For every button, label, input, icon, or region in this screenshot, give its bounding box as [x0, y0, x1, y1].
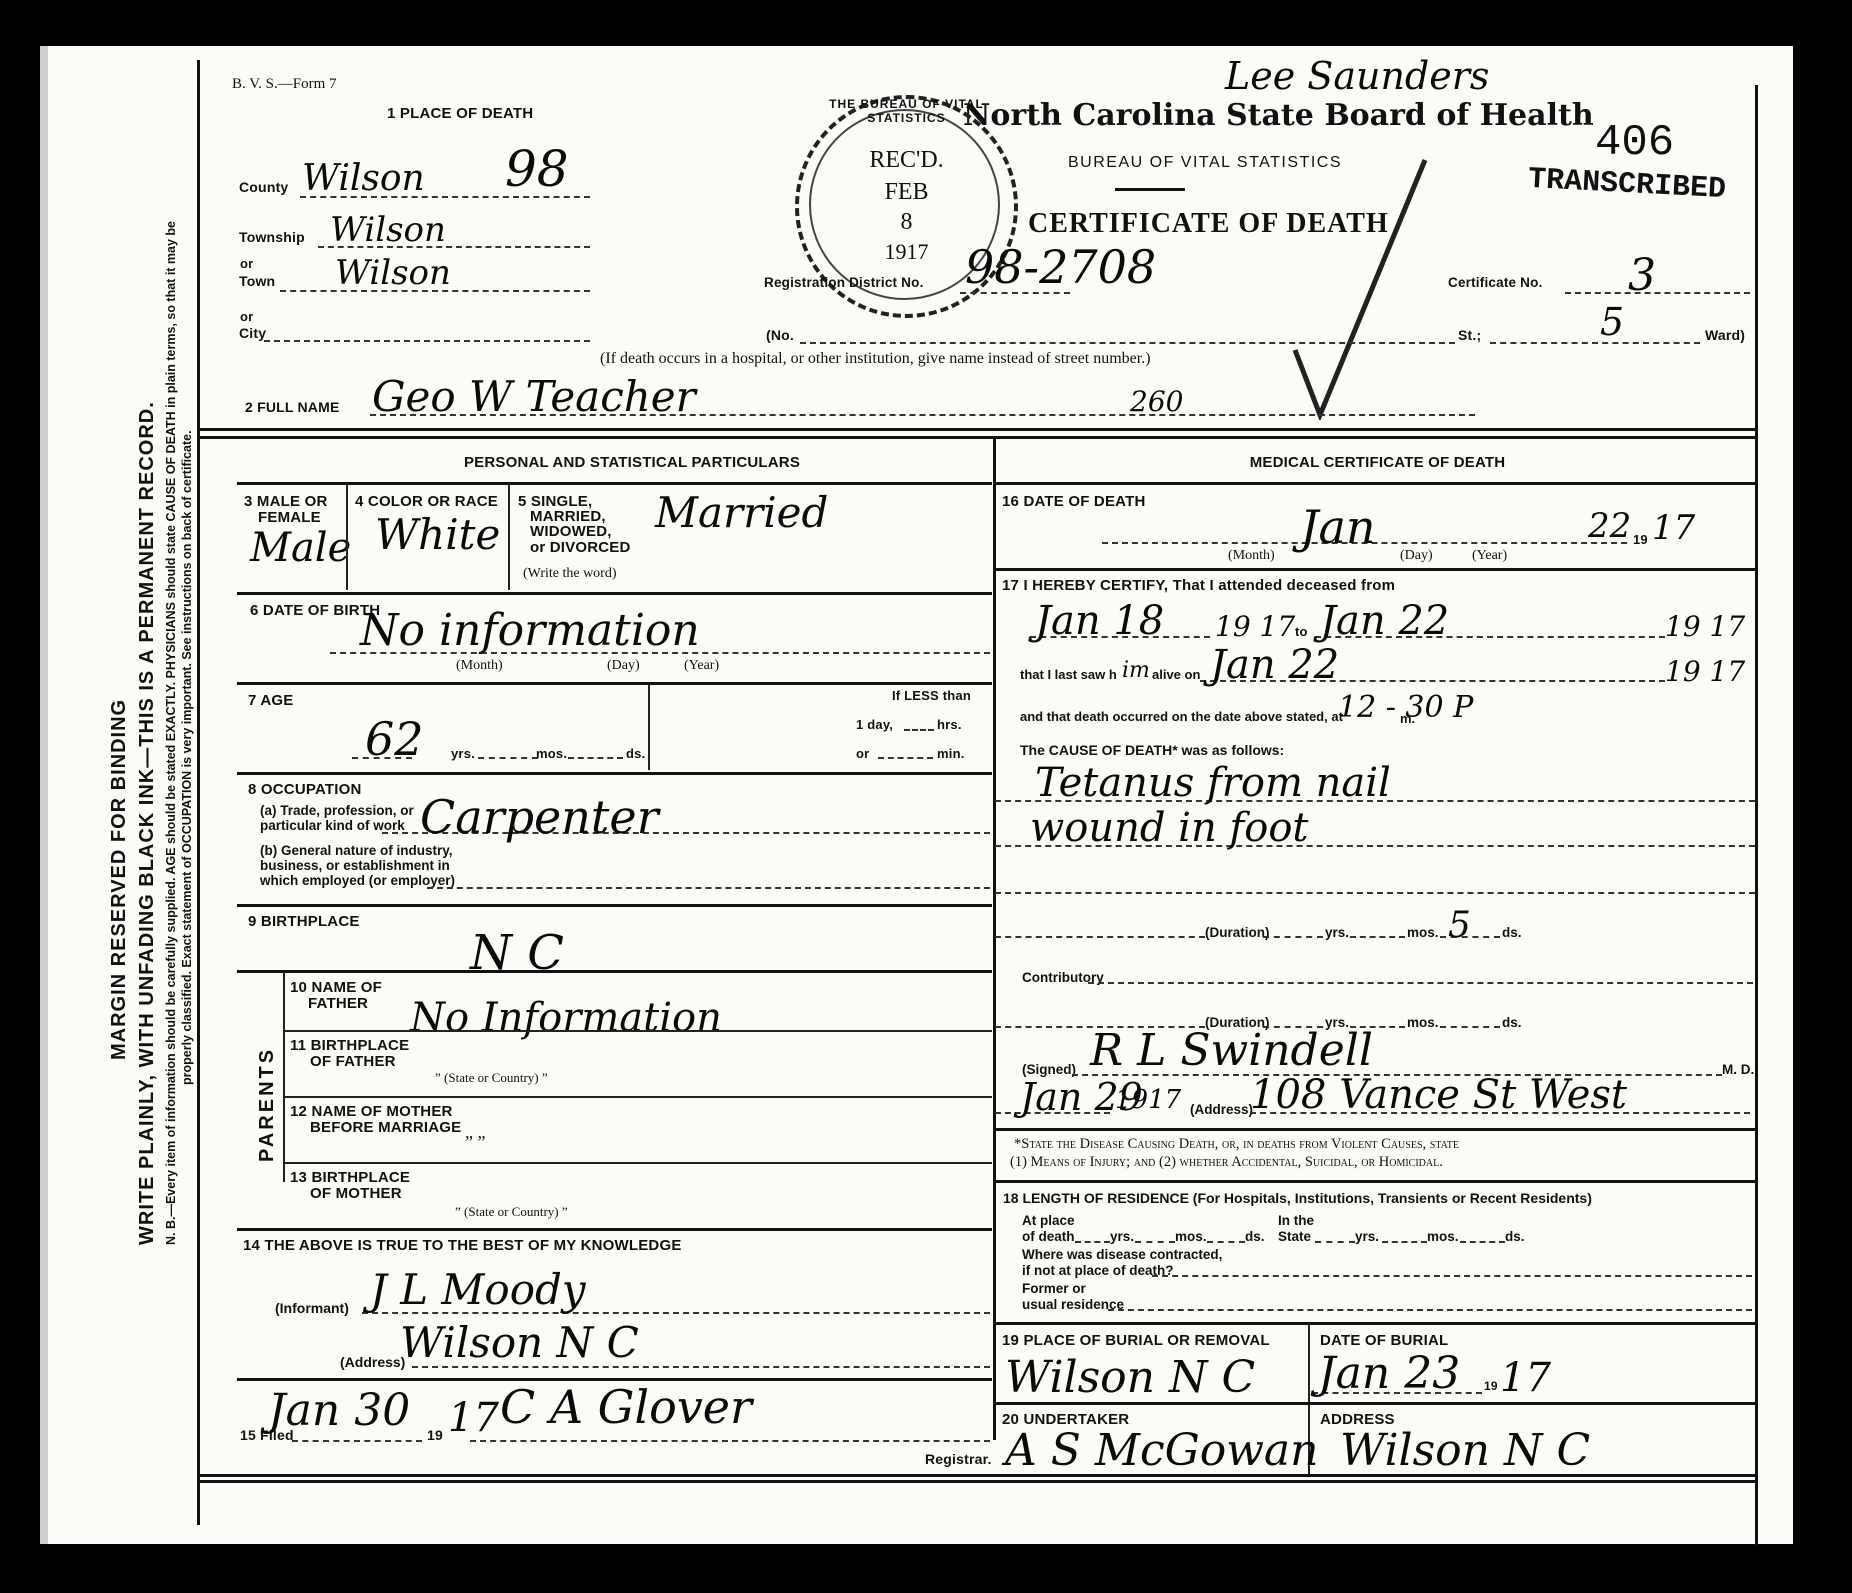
contributory-field[interactable] — [1088, 982, 1753, 984]
age-months-field[interactable] — [478, 757, 538, 759]
rule — [995, 568, 1755, 571]
birthplace-label: 9 BIRTHPLACE — [248, 914, 360, 931]
marital-label-4: or DIVORCED — [530, 540, 631, 557]
rule — [995, 1322, 1755, 1325]
rule — [995, 1402, 1755, 1405]
former-residence-label-1: Former or — [1022, 1281, 1086, 1297]
attended-from-field[interactable]: Jan 18 — [1035, 598, 1164, 644]
check-mark-icon — [1290, 150, 1430, 420]
duration-mos-label: mos. — [1407, 925, 1439, 941]
parents-label: PARENTS — [256, 1047, 278, 1162]
number-stamp: 406 — [1595, 118, 1674, 168]
personal-heading: PERSONAL AND STATISTICAL PARTICULARS — [352, 455, 912, 472]
death-time-suffix: m. — [1400, 712, 1415, 727]
rule — [285, 1096, 992, 1098]
death-year-prefix: 19 — [1633, 533, 1648, 547]
md-label: M. D. — [1722, 1062, 1754, 1078]
residence-place-ds-field[interactable] — [1207, 1241, 1245, 1243]
age-mos-label: mos. — [536, 747, 567, 761]
rule — [508, 484, 510, 590]
contracted-label-2: if not at place of death? — [1022, 1263, 1174, 1279]
cause-of-death-line1[interactable]: Tetanus from nail — [1035, 760, 1391, 806]
duration-months-field[interactable] — [1350, 936, 1405, 938]
father-name-label-2: FATHER — [308, 996, 368, 1013]
form-id: B. V. S.—Form 7 — [232, 76, 336, 93]
father-name-field[interactable]: No Information — [410, 995, 722, 1041]
cause-of-death-label: The CAUSE OF DEATH* was as follows: — [1020, 742, 1284, 758]
death-day-field[interactable]: 22 — [1588, 506, 1631, 546]
last-saw-year[interactable]: 19 17 — [1665, 655, 1745, 688]
last-saw-label: that I last saw h — [1020, 668, 1117, 683]
residence-place-yrs-field[interactable] — [1075, 1241, 1110, 1243]
burial-year-prefix: 19 — [1484, 1380, 1498, 1393]
death-year-caption: (Year) — [1472, 548, 1507, 564]
board-title: North Carolina State Board of Health — [963, 98, 1594, 133]
res-place-mos-label: mos. — [1175, 1229, 1207, 1245]
rule — [995, 1480, 1755, 1483]
street-no-field[interactable] — [800, 342, 1455, 344]
burial-date-field[interactable]: Jan 23 — [1318, 1348, 1460, 1399]
full-name-label: 2 FULL NAME — [245, 400, 340, 415]
registration-district-field[interactable]: 98-2708 — [965, 240, 1156, 294]
margin-nb-line1: N. B.—Every item of information should b… — [164, 221, 178, 1245]
full-name-annotation: 260 — [1130, 385, 1183, 418]
duration-label: (Duration) — [1205, 925, 1270, 941]
death-day-caption: (Day) — [1400, 548, 1433, 564]
attended-from-year[interactable]: 19 17 — [1215, 610, 1295, 643]
duration-ds-label: ds. — [1502, 925, 1522, 941]
burial-year-field[interactable]: 17 — [1500, 1355, 1551, 1401]
undertaker-address-field[interactable]: Wilson N C — [1340, 1425, 1590, 1476]
rule — [648, 684, 650, 770]
registrar-line — [470, 1440, 990, 1442]
rule — [346, 484, 348, 590]
form-right-border — [1755, 85, 1758, 1545]
age-ds-label: ds. — [626, 747, 645, 761]
stamp-ring-text: THE BUREAU OF VITAL STATISTICS — [799, 97, 1014, 125]
filed-year-field[interactable]: 17 — [448, 1395, 499, 1441]
rule — [237, 482, 992, 485]
full-name-field[interactable]: Geo W Teacher — [372, 372, 696, 421]
cause-of-death-line2[interactable]: wound in foot — [1030, 805, 1308, 851]
alive-on-label: alive on — [1152, 668, 1200, 683]
occupation-a-label-1: (a) Trade, profession, or — [260, 803, 414, 819]
duration-days-field[interactable]: 5 — [1448, 905, 1471, 946]
occupation-field[interactable]: Carpenter — [420, 790, 659, 844]
certificate-no-field[interactable]: 3 — [1628, 250, 1656, 301]
in-state-label-1: In the — [1278, 1213, 1314, 1229]
res-place-yrs-label: yrs. — [1110, 1229, 1134, 1245]
rule — [237, 682, 992, 685]
hours-field[interactable] — [904, 729, 934, 731]
one-day-label: 1 day, — [856, 718, 893, 732]
death-month-caption: (Month) — [1228, 548, 1275, 564]
or-label: or — [856, 747, 869, 761]
registration-district-label: Registration District No. — [764, 276, 924, 291]
duration-years-field[interactable] — [1263, 936, 1323, 938]
rule — [995, 1474, 1755, 1477]
physician-address-field[interactable]: 108 Vance St West — [1250, 1072, 1627, 1118]
rule — [283, 972, 285, 1182]
margin-binding-note: MARGIN RESERVED FOR BINDING — [108, 699, 130, 1060]
informant-field[interactable]: J L Moody — [370, 1265, 586, 1314]
minutes-field[interactable] — [878, 757, 933, 759]
hrs-label: hrs. — [937, 718, 962, 732]
attended-to-year[interactable]: 19 17 — [1665, 610, 1745, 643]
former-residence-field[interactable] — [1108, 1309, 1752, 1311]
town-field[interactable]: Wilson — [335, 253, 451, 293]
dob-year-caption: (Year) — [684, 658, 719, 674]
burial-place-label: 19 PLACE OF BURIAL OR REMOVAL — [1002, 1333, 1270, 1350]
contributory-mos-label: mos. — [1407, 1015, 1439, 1031]
death-month-field[interactable]: Jan — [1300, 500, 1376, 554]
certify-label: 17 I HEREBY CERTIFY, That I attended dec… — [1002, 578, 1395, 595]
rule — [995, 1180, 1755, 1183]
physician-signature[interactable]: R L Swindell — [1090, 1025, 1373, 1076]
residence-state-ds-field[interactable] — [1460, 1241, 1505, 1243]
mother-name-label-2: BEFORE MARRIAGE — [310, 1120, 461, 1137]
race-field[interactable]: White — [375, 510, 500, 559]
occupation-b-label-2: business, or establishment in — [260, 858, 450, 874]
rule — [200, 436, 1755, 439]
township-field[interactable]: Wilson — [330, 210, 446, 250]
attended-to-field[interactable]: Jan 22 — [1320, 598, 1449, 644]
city-label: City — [239, 326, 266, 341]
ward-label: Ward) — [1705, 328, 1745, 343]
to-label: to — [1295, 625, 1308, 639]
at-place-label-2: of death — [1022, 1229, 1075, 1245]
footnote-line-1: *State the Disease Causing Death, or, in… — [1014, 1136, 1459, 1153]
hospital-note: (If death occurs in a hospital, or other… — [600, 350, 1151, 368]
race-label: 4 COLOR OR RACE — [355, 494, 498, 511]
title-rule — [1115, 188, 1185, 191]
certificate-no-label: Certificate No. — [1448, 276, 1543, 291]
filed-year-prefix: 19 — [427, 1428, 443, 1443]
ward-line — [1490, 342, 1700, 344]
dob-day-caption: (Day) — [607, 658, 640, 674]
rule — [995, 1128, 1755, 1131]
contributory-days-field[interactable] — [1440, 1026, 1500, 1028]
rule — [237, 1228, 992, 1231]
town-or-label: or — [240, 257, 253, 271]
less-than-label: If LESS than — [892, 689, 971, 703]
informant-address-field[interactable]: Wilson N C — [400, 1318, 639, 1367]
township-label: Township — [239, 230, 305, 245]
death-time-label: and that death occurred on the date abov… — [1020, 710, 1343, 725]
street-no-label: (No. — [766, 328, 794, 343]
min-label: min. — [937, 747, 965, 761]
death-year-field[interactable]: 17 — [1652, 508, 1695, 548]
rule — [200, 1480, 995, 1483]
res-state-mos-label: mos. — [1427, 1229, 1459, 1245]
date-of-death-label: 16 DATE OF DEATH — [1002, 494, 1146, 511]
marital-status-field[interactable]: Married — [655, 488, 828, 537]
certificate-no-line — [1565, 292, 1750, 294]
residence-place-mos-field[interactable] — [1135, 1241, 1175, 1243]
filed-line — [292, 1440, 422, 1442]
street-label: St.; — [1458, 328, 1481, 343]
occupation-label: 8 OCCUPATION — [248, 782, 362, 799]
last-saw-date-field[interactable]: Jan 22 — [1210, 642, 1339, 688]
duration-yrs-label: yrs. — [1325, 925, 1349, 941]
at-place-label-1: At place — [1022, 1213, 1075, 1229]
stamp-line-2: FEB — [799, 179, 1014, 206]
marital-hint: (Write the word) — [523, 566, 617, 582]
sex-field[interactable]: Male — [250, 525, 351, 571]
margin-nb-line2: properly classified. Exact statement of … — [180, 430, 194, 1085]
rule — [237, 772, 992, 775]
mother-birthplace-label-2: OF MOTHER — [310, 1186, 402, 1203]
dob-month-caption: (Month) — [456, 658, 503, 674]
city-or-label: or — [240, 310, 253, 324]
rule — [237, 970, 992, 973]
cause-line-3 — [995, 892, 1755, 894]
margin-ink-note: WRITE PLAINLY, WITH UNFADING BLACK INK—T… — [136, 401, 158, 1245]
dob-field[interactable]: No information — [360, 605, 700, 656]
column-divider — [993, 438, 996, 1440]
father-birthplace-label-2: OF FATHER — [310, 1054, 396, 1071]
registrar-signature[interactable]: C A Glover — [500, 1380, 752, 1434]
age-years-field[interactable]: 62 — [365, 712, 424, 766]
town-label: Town — [239, 274, 275, 289]
registrar-label: Registrar. — [925, 1452, 992, 1467]
footnote-line-2: (1) Means of Injury; and (2) whether Acc… — [1010, 1154, 1443, 1171]
undertaker-field[interactable]: A S McGowan — [1005, 1425, 1318, 1476]
res-place-ds-label: ds. — [1245, 1229, 1265, 1245]
industry-field[interactable] — [427, 887, 990, 889]
rule — [200, 1474, 995, 1477]
rule — [285, 1030, 992, 1032]
stamp-line-3: 8 — [799, 209, 1014, 236]
residence-state-mos-field[interactable] — [1382, 1241, 1427, 1243]
age-days-field[interactable] — [568, 757, 623, 759]
county-field[interactable]: Wilson — [302, 158, 425, 199]
res-state-yrs-label: yrs. — [1355, 1229, 1379, 1245]
rule — [237, 904, 992, 907]
signed-date-year[interactable]: 1917 — [1115, 1085, 1181, 1115]
top-annotation: Lee Saunders — [1225, 54, 1489, 98]
rule — [285, 1162, 992, 1164]
residence-label: 18 LENGTH OF RESIDENCE (For Hospitals, I… — [1003, 1190, 1592, 1206]
residence-state-yrs-field[interactable] — [1315, 1241, 1355, 1243]
res-state-ds-label: ds. — [1505, 1229, 1525, 1245]
age-label: 7 AGE — [248, 693, 293, 710]
contracted-label-1: Where was disease contracted, — [1022, 1247, 1222, 1263]
city-field[interactable] — [264, 340, 590, 342]
place-of-death-heading: 1 PLACE OF DEATH — [387, 106, 533, 123]
in-state-label-2: State — [1278, 1229, 1311, 1245]
informant-address-label: (Address) — [340, 1354, 405, 1370]
duration-line — [995, 936, 1205, 938]
medical-heading: MEDICAL CERTIFICATE OF DEATH — [1000, 455, 1755, 472]
county-label: County — [239, 180, 288, 195]
rule — [200, 428, 1755, 431]
rule — [237, 592, 992, 595]
burial-place-field[interactable]: Wilson N C — [1005, 1352, 1255, 1403]
informant-label: (Informant) — [275, 1300, 349, 1316]
mother-birthplace-field[interactable]: ” (State or Country) ” — [455, 1204, 568, 1220]
form-left-border — [197, 60, 200, 1525]
contributory-ds-label: ds. — [1502, 1015, 1522, 1031]
occupation-b-label-3: which employed (or employer) — [260, 873, 455, 889]
age-yrs-label: yrs. — [451, 747, 475, 761]
filed-date-field[interactable]: Jan 30 — [268, 1385, 410, 1436]
stamp-line-1: REC'D. — [799, 147, 1014, 174]
last-saw-pronoun[interactable]: im — [1122, 658, 1150, 683]
rule — [995, 482, 1755, 485]
father-birthplace-field[interactable]: ” (State or Country) ” — [435, 1070, 548, 1086]
occupation-b-label-1: (b) General nature of industry, — [260, 843, 453, 859]
mother-name-field[interactable]: ” ” — [465, 1132, 485, 1153]
disease-contracted-field[interactable] — [1152, 1275, 1752, 1277]
physician-address-label: (Address) — [1190, 1102, 1253, 1118]
ward-field[interactable]: 5 — [1600, 300, 1624, 344]
knowledge-label: 14 THE ABOVE IS TRUE TO THE BEST OF MY K… — [243, 1238, 682, 1255]
county-code: 98 — [505, 140, 569, 198]
